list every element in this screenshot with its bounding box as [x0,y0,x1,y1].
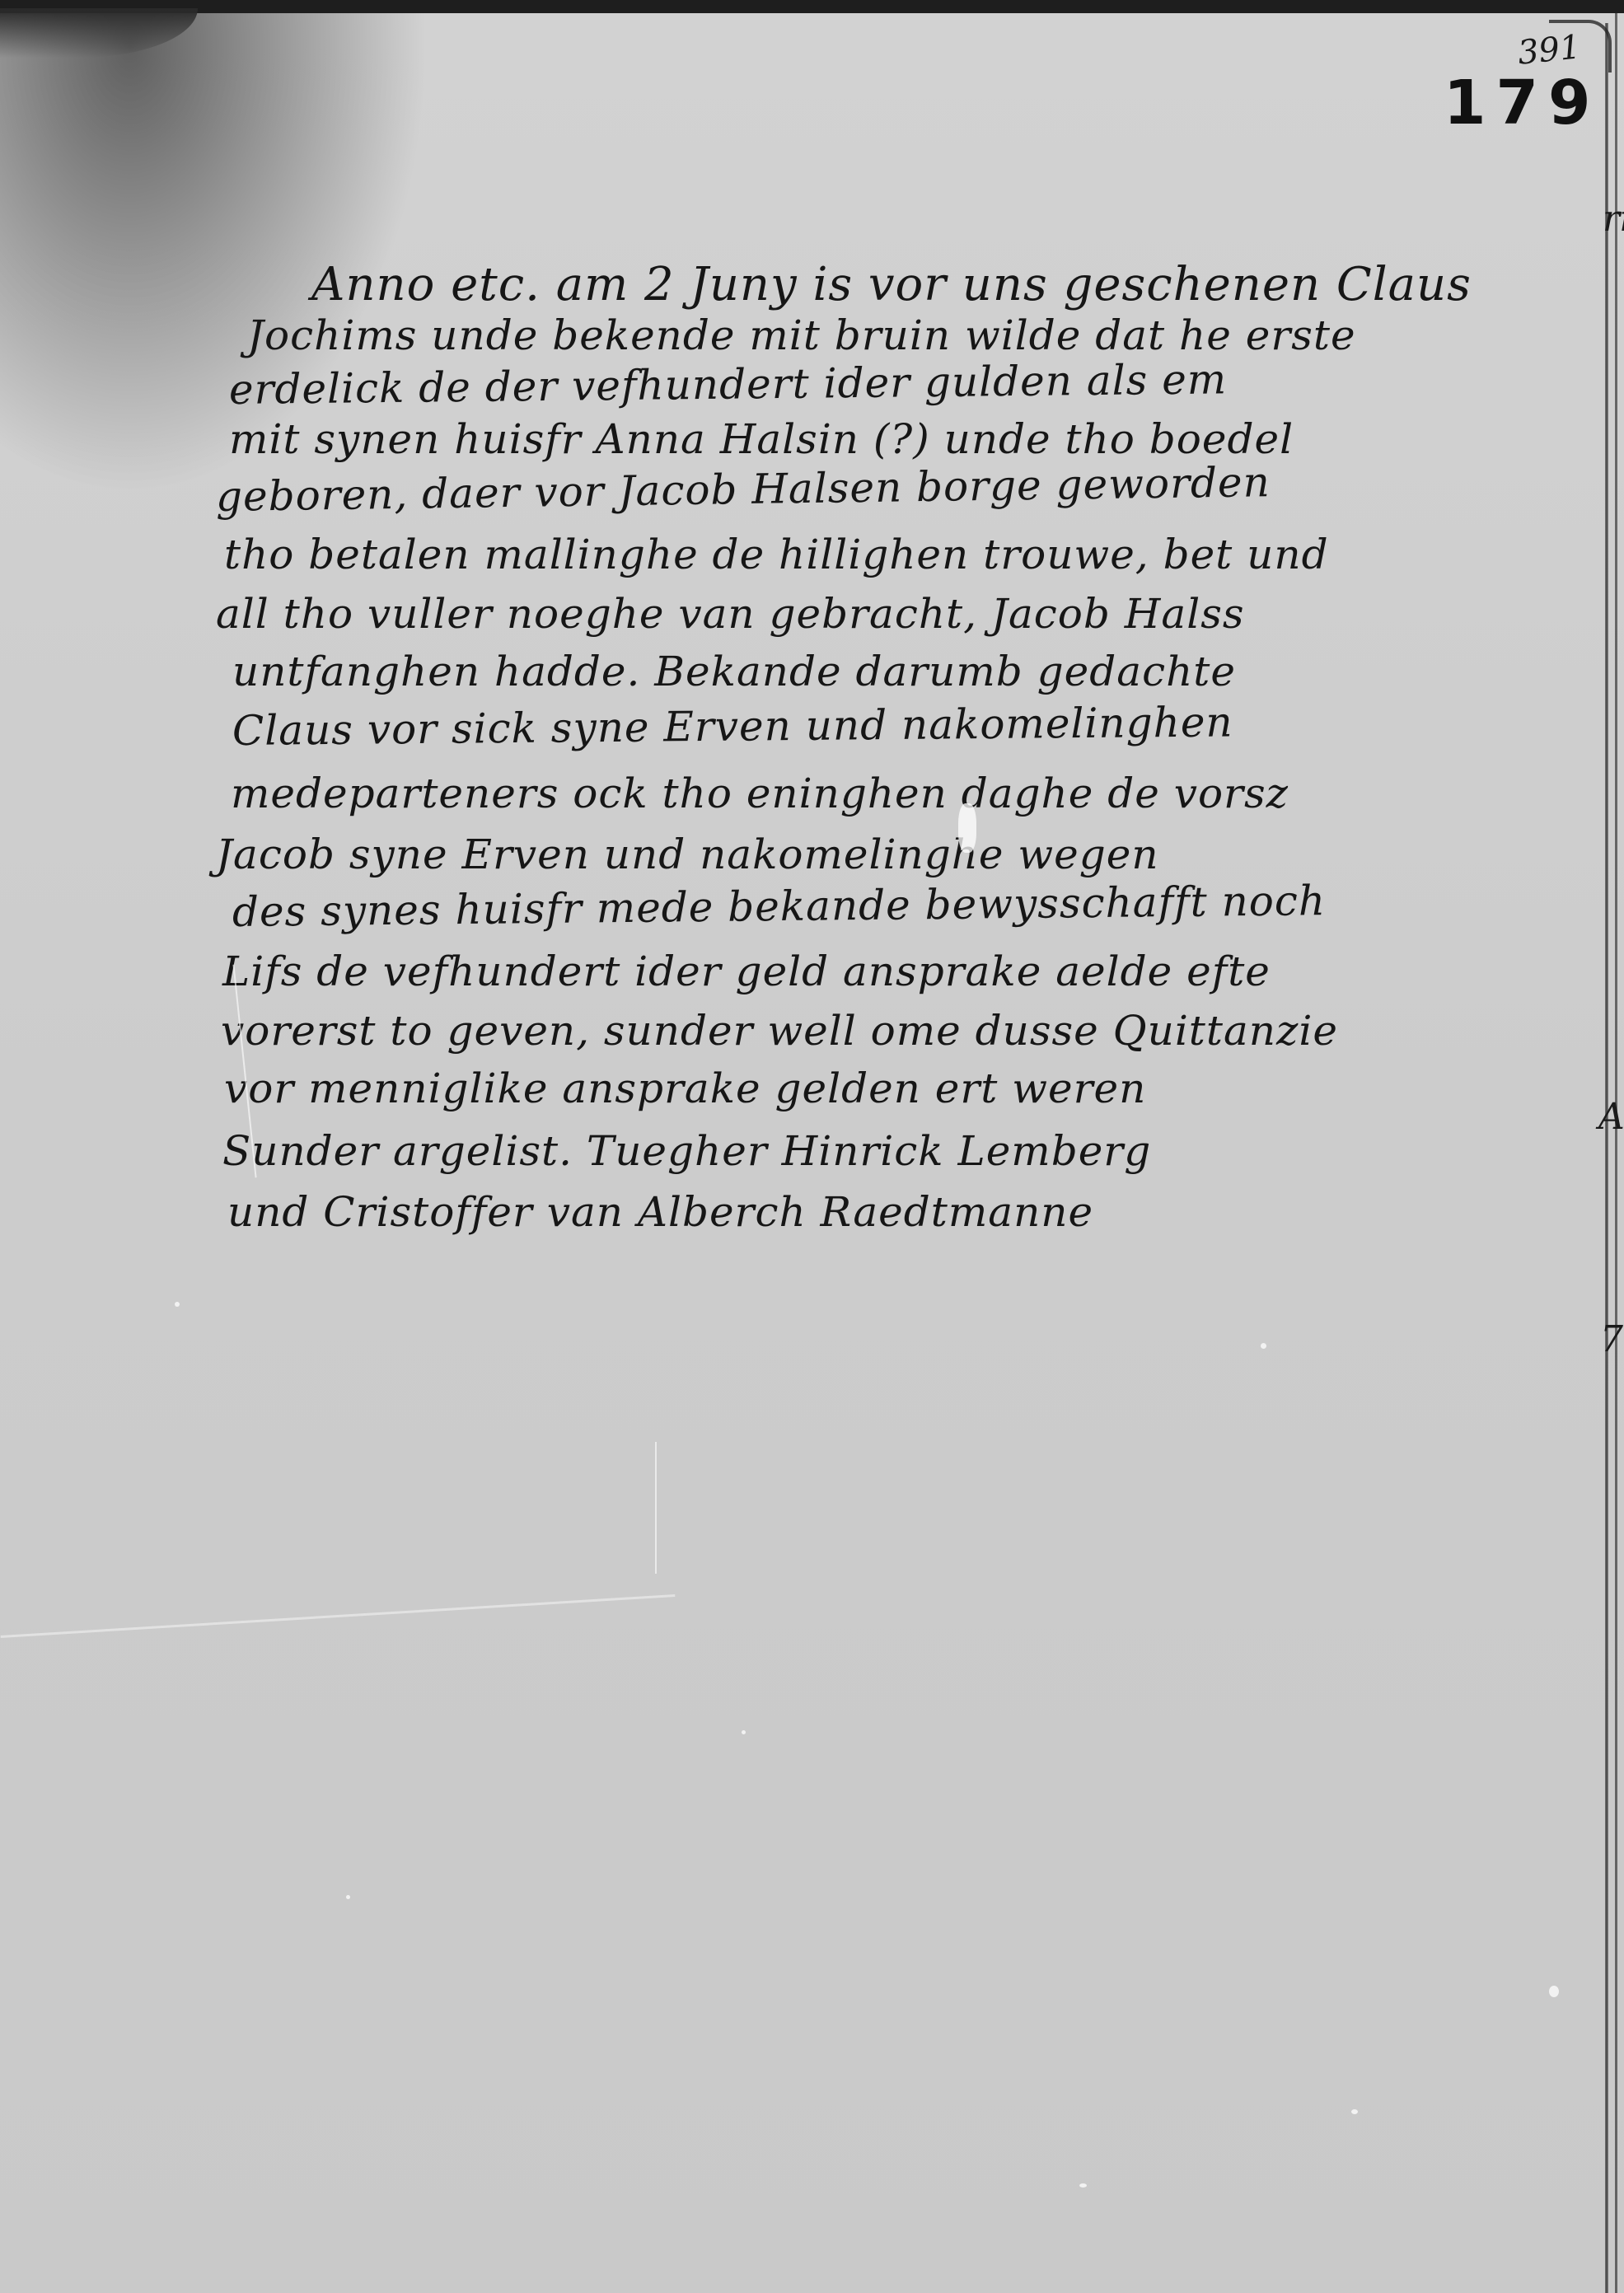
manuscript-line: Lifs de vefhundert ider geld ansprake ae… [222,951,1271,992]
manuscript-line: des synes huisfr mede bekande bewysschaf… [232,880,1327,933]
manuscript-line: vorerst to geven, sunder well ome dusse … [221,1010,1338,1051]
manuscript-line: all tho vuller noeghe van gebracht, Jaco… [216,593,1245,634]
paper-speck [175,1302,180,1307]
margin-mark: ri [1603,198,1624,240]
manuscript-line: erdelick de der vefhundert ider gulden a… [229,358,1228,410]
paper-speck [1351,2109,1358,2114]
margin-mark: A [1598,1096,1624,1138]
manuscript-line: Anno etc. am 2 Juny is vor uns geschenen… [311,262,1472,308]
paper-speck [1261,1343,1266,1349]
manuscript-line: geboren, daer vor Jacob Halsen borge gew… [216,461,1271,517]
manuscript-line: und Cristoffer van Alberch Raedtmanne [227,1191,1093,1233]
manuscript-line: vor menniglike ansprake gelden ert weren [224,1068,1146,1109]
manuscript-line: medeparteners ock tho eninghen daghe de … [231,773,1289,814]
manuscript-line: Jacob syne Erven und nakomelinghe wegen [216,834,1159,875]
manuscript-line: untfanghen hadde. Bekande darumb gedacht… [232,651,1236,692]
paper-scratch [655,1442,657,1574]
paper-speck [742,1730,746,1734]
margin-mark: 7 [1600,1318,1623,1360]
manuscript-line: Jochims unde bekende mit bruin wilde dat… [247,315,1356,356]
manuscript-line: Sunder argelist. Tuegher Hinrick Lemberg [222,1130,1151,1172]
manuscript-line: tho betalen mallinghe de hillighen trouw… [224,534,1329,575]
paper-speck [346,1895,350,1899]
manuscript-line: Claus vor sick syne Erven und nakomeling… [232,701,1233,751]
manuscript-line: mit synen huisfr Anna Halsin (?) unde th… [229,419,1294,460]
manuscript-text: Anno etc. am 2 Juny is vor uns geschenen… [0,0,1624,2293]
manuscript-page: 391 179 Anno etc. am 2 Juny is vor uns g… [0,0,1624,2293]
paper-speck [1079,2183,1087,2188]
paper-speck [1549,1986,1559,1997]
paper-speck [958,803,976,853]
